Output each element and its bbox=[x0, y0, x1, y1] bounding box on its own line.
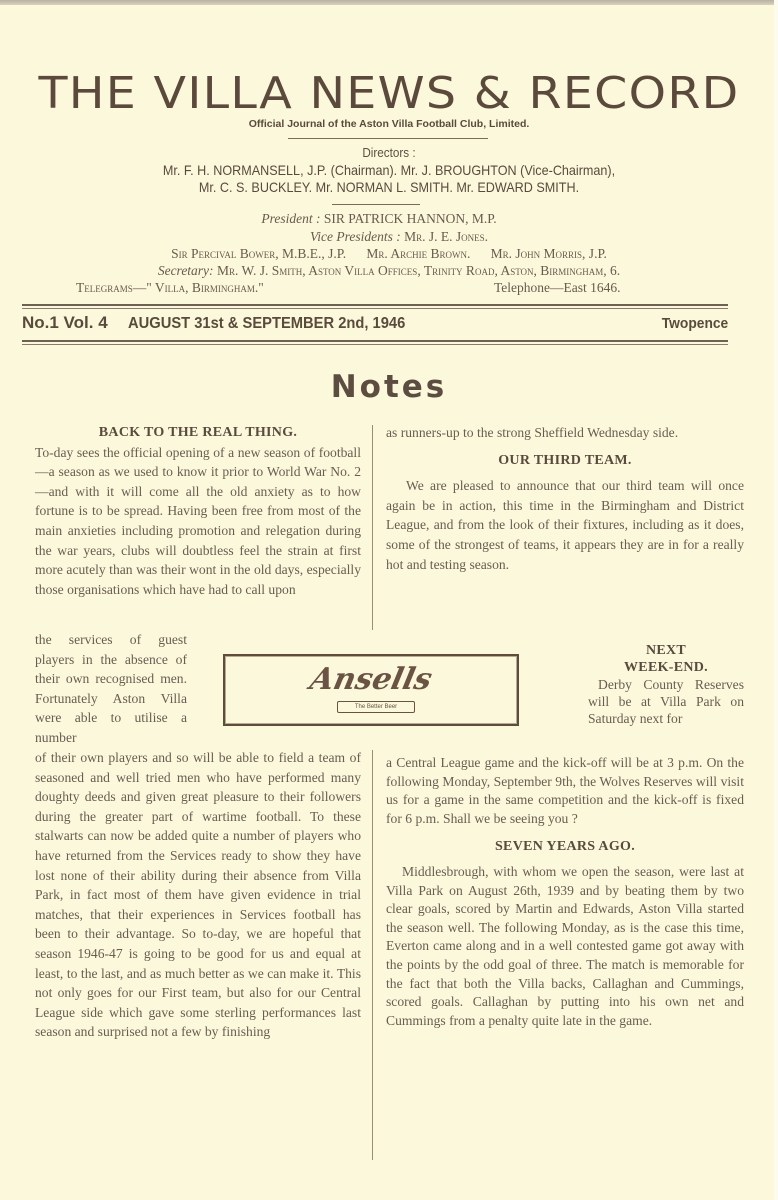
right-column-top: as runners-up to the strong Sheffield We… bbox=[386, 423, 744, 574]
article-paragraph: Middlesbrough, with whom we open the sea… bbox=[386, 863, 744, 1030]
divider bbox=[288, 138, 488, 139]
column-rule bbox=[372, 425, 373, 630]
article-back-to-real-thing-cont: of their own players and so will be able… bbox=[35, 748, 361, 1042]
issue-bar: No.1 Vol. 4 AUGUST 31st & SEPTEMBER 2nd,… bbox=[22, 313, 728, 333]
vice-president-first: Mr. J. E. Jones. bbox=[404, 229, 488, 244]
president-name: SIR PATRICK HANNON, M.P. bbox=[324, 211, 497, 226]
column-rule bbox=[372, 750, 373, 1160]
heading-line: NEXT bbox=[588, 642, 744, 659]
article-paragraph: We are pleased to announce that our thir… bbox=[386, 476, 744, 574]
telephone: Telephone—East 1646. bbox=[494, 280, 621, 296]
article-paragraph: To-day sees the official opening of a ne… bbox=[35, 443, 361, 600]
article-heading: SEVEN YEARS AGO. bbox=[386, 838, 744, 857]
issue-number: No.1 Vol. 4 bbox=[22, 313, 108, 333]
article-paragraph: of their own players and so will be able… bbox=[35, 748, 361, 1042]
ansells-logo: Ansells bbox=[221, 662, 520, 697]
directors-line-1: Mr. F. H. NORMANSELL, J.P. (Chairman). M… bbox=[39, 162, 739, 178]
divider bbox=[332, 204, 420, 205]
issue-price: Twopence bbox=[662, 315, 728, 332]
ansells-tagline: The Better Beer bbox=[337, 701, 415, 713]
article-paragraph: Derby County Reserves will be at Villa P… bbox=[588, 676, 744, 727]
right-column-bottom: a Central League game and the kick-off w… bbox=[386, 754, 744, 1030]
telegrams: Telegrams—" Villa, Birmingham." bbox=[76, 280, 264, 296]
directors-heading: Directors : bbox=[39, 145, 739, 160]
ansells-advert: Ansells The Better Beer bbox=[223, 654, 519, 726]
heading-line: WEEK-END. bbox=[588, 659, 744, 676]
president-label: President : bbox=[261, 211, 320, 226]
masthead-title: THE VILLA NEWS & RECORD bbox=[0, 68, 778, 119]
page-right-edge bbox=[774, 0, 778, 1200]
president-line: President : SIR PATRICK HANNON, M.P. bbox=[0, 211, 768, 227]
article-back-to-real-thing: BACK TO THE REAL THING. To-day sees the … bbox=[35, 423, 361, 599]
vice-presidents-names: Sir Percival Bower, M.B.E., J.P. Mr. Arc… bbox=[0, 246, 778, 262]
article-next-weekend: NEXT WEEK-END. Derby County Reserves wil… bbox=[588, 642, 744, 727]
vice-presidents-line: Vice Presidents : Mr. J. E. Jones. bbox=[10, 229, 778, 245]
issue-date: AUGUST 31st & SEPTEMBER 2nd, 1946 bbox=[128, 315, 405, 333]
page-top-edge bbox=[0, 0, 778, 5]
article-paragraph: a Central League game and the kick-off w… bbox=[386, 754, 744, 828]
article-heading: OUR THIRD TEAM. bbox=[386, 451, 744, 471]
masthead-subtitle: Official Journal of the Aston Villa Foot… bbox=[0, 118, 778, 130]
article-paragraph: the services of guest players in the abs… bbox=[35, 630, 187, 748]
secretary-label: Secretary: bbox=[158, 263, 214, 278]
article-heading: NEXT WEEK-END. bbox=[588, 642, 744, 676]
vice-presidents-label: Vice Presidents : bbox=[310, 229, 401, 244]
section-title: Notes bbox=[0, 369, 778, 405]
article-narrow-wrap: the services of guest players in the abs… bbox=[35, 630, 187, 748]
secretary-details: Mr. W. J. Smith, Aston Villa Offices, Tr… bbox=[217, 263, 620, 278]
article-heading: BACK TO THE REAL THING. bbox=[35, 423, 361, 443]
article-continuation: as runners-up to the strong Sheffield We… bbox=[386, 423, 744, 443]
double-rule-top bbox=[22, 304, 728, 309]
directors-line-2: Mr. C. S. BUCKLEY. Mr. NORMAN L. SMITH. … bbox=[39, 179, 739, 195]
double-rule-bottom bbox=[22, 340, 728, 345]
secretary-line: Secretary: Mr. W. J. Smith, Aston Villa … bbox=[0, 263, 778, 279]
